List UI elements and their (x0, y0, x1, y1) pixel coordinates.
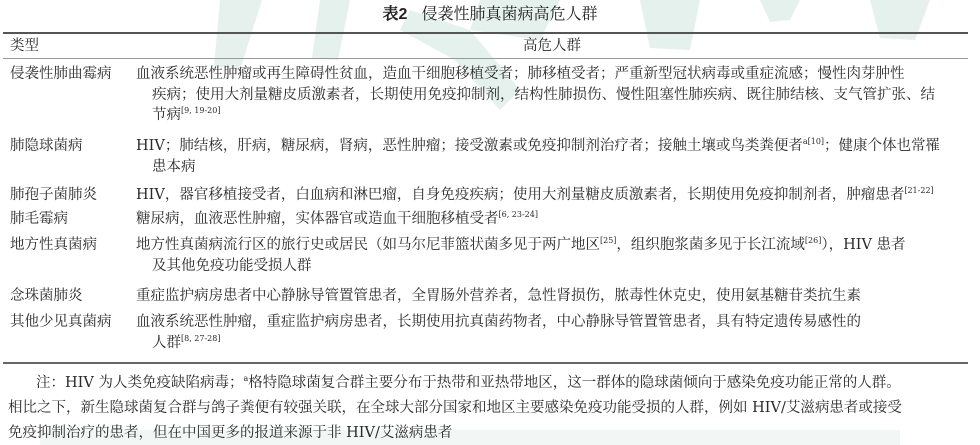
row-risk: 血液系统恶性肿瘤或再生障碍性贫血，造血干细胞移植受者；肺移植受者；严重新型冠状病… (136, 64, 958, 126)
citation: [25] (600, 236, 616, 245)
risk-text: HIV，器官移植接受者，白血病和淋巴瘤，自身免疫疾病；使用大剂量糖皮质激素者，长… (136, 187, 904, 203)
risk-line: 血液系统恶性肿瘤，重症监护病房患者，长期使用抗真菌药物者，中心静脉导管置管患者，… (136, 312, 958, 333)
risk-line: 血液系统恶性肿瘤或再生障碍性贫血，造血干细胞移植受者；肺移植受者；严重新型冠状病… (136, 64, 958, 85)
row-risk: 地方性真菌病流行区的旅行史或居民（如马尔尼菲篮状菌多见于两广地区[25]，组织胞… (136, 235, 958, 276)
risk-line: 重症监护病房患者中心静脉导管置管患者，全胃肠外营养者，急性肾损伤，脓毒性休克史，… (136, 286, 958, 307)
row-risk: HIV；肺结核，肝病，糖尿病，肾病，恶性肿瘤；接受激素或免疫抑制剂治疗者；接触土… (136, 136, 958, 177)
header-type: 类型 (10, 35, 39, 57)
citation: [21-22] (904, 186, 933, 195)
note-text: 格特隐球菌复合群主要分布于热带和亚热带地区，这一群体的隐球菌倾向于感染免疫功能正… (248, 375, 901, 391)
note-text: 注：HIV 为人类免疫缺陷病毒； (36, 375, 243, 391)
note-line: 注：HIV 为人类免疫缺陷病毒；a格特隐球菌复合群主要分布于热带和亚热带地区，这… (8, 371, 970, 396)
note-line: 相比之下，新生隐球菌复合群与鸽子粪便有较强关联，在全球大部分国家和地区主要感染免… (8, 396, 970, 421)
table-note: 注：HIV 为人类免疫缺陷病毒；a格特隐球菌复合群主要分布于热带和亚热带地区，这… (8, 371, 970, 445)
citation: [8, 27-28] (181, 334, 220, 343)
table-header-rule (3, 58, 968, 59)
row-type: 念珠菌肺炎 (10, 286, 83, 307)
risk-text: 地方性真菌病流行区的旅行史或居民（如马尔尼菲篮状菌多见于两广地区 (136, 237, 600, 253)
risk-text: HIV；肺结核，肝病，糖尿病，肾病，恶性肿瘤；接受激素或免疫抑制剂治疗者；接触土… (136, 138, 803, 154)
note-line: 免疫抑制治疗的患者，但在中国更多的报道来源于非 HIV/艾滋病患者 (8, 421, 970, 445)
row-risk: 血液系统恶性肿瘤，重症监护病房患者，长期使用抗真菌药物者，中心静脉导管置管患者，… (136, 312, 958, 353)
citation: [9, 19-20] (181, 106, 220, 115)
table-title: 侵袭性肺真菌病高危人群 (421, 4, 597, 23)
risk-line: HIV，器官移植接受者，白血病和淋巴瘤，自身免疫疾病；使用大剂量糖皮质激素者，长… (136, 185, 958, 206)
row-risk: 糖尿病，血液恶性肿瘤，实体器官或造血干细胞移植受者[6, 23-24] (136, 209, 958, 230)
citation: [26] (805, 236, 821, 245)
risk-text: 糖尿病，血液恶性肿瘤，实体器官或造血干细胞移植受者 (136, 211, 499, 227)
row-type: 其他少见真菌病 (10, 312, 112, 333)
risk-text: ；健康个体也常罹 (824, 138, 940, 154)
row-type: 肺孢子菌肺炎 (10, 185, 97, 206)
table-number: 表2 (383, 6, 408, 23)
risk-line: 疾病；使用大剂量糖皮质激素者，长期使用免疫抑制剂，结构性肺损伤、慢性阻塞性肺疾病… (136, 85, 958, 106)
risk-line: 人群[8, 27-28] (136, 333, 958, 354)
risk-line: 及其他免疫功能受损人群 (136, 256, 958, 277)
risk-line: 地方性真菌病流行区的旅行史或居民（如马尔尼菲篮状菌多见于两广地区[25]，组织胞… (136, 235, 958, 256)
table-top-rule (3, 32, 968, 34)
table-header-row: 类型 高危人群 (0, 35, 968, 57)
row-type: 地方性真菌病 (10, 235, 97, 256)
citation: a[10] (803, 137, 824, 146)
row-type: 侵袭性肺曲霉病 (10, 64, 112, 85)
row-type: 肺隐球菌病 (10, 136, 83, 157)
risk-line: 患本病 (136, 157, 958, 178)
row-type: 肺毛霉病 (10, 209, 68, 230)
citation: [6, 23-24] (499, 210, 538, 219)
table-bottom-rule (3, 362, 968, 364)
risk-line: 糖尿病，血液恶性肿瘤，实体器官或造血干细胞移植受者[6, 23-24] (136, 209, 958, 230)
risk-text: ），HIV 患者 (821, 237, 905, 253)
risk-text: ，组织胞浆菌多见于长江流域 (616, 237, 805, 253)
risk-line: 节病[9, 19-20] (136, 105, 958, 126)
row-risk: 重症监护病房患者中心静脉导管置管患者，全胃肠外营养者，急性肾损伤，脓毒性休克史，… (136, 286, 958, 307)
risk-line: HIV；肺结核，肝病，糖尿病，肾病，恶性肿瘤；接受激素或免疫抑制剂治疗者；接触土… (136, 136, 958, 157)
risk-text: 节病 (152, 107, 181, 123)
risk-text: 人群 (152, 335, 181, 351)
table-page: 表2侵袭性肺真菌病高危人群 类型 高危人群 侵袭性肺曲霉病 血液系统恶性肿瘤或再… (0, 0, 980, 445)
table-caption: 表2侵袭性肺真菌病高危人群 (0, 2, 980, 27)
header-risk-groups: 高危人群 (136, 35, 968, 57)
row-risk: HIV，器官移植接受者，白血病和淋巴瘤，自身免疫疾病；使用大剂量糖皮质激素者，长… (136, 185, 958, 206)
